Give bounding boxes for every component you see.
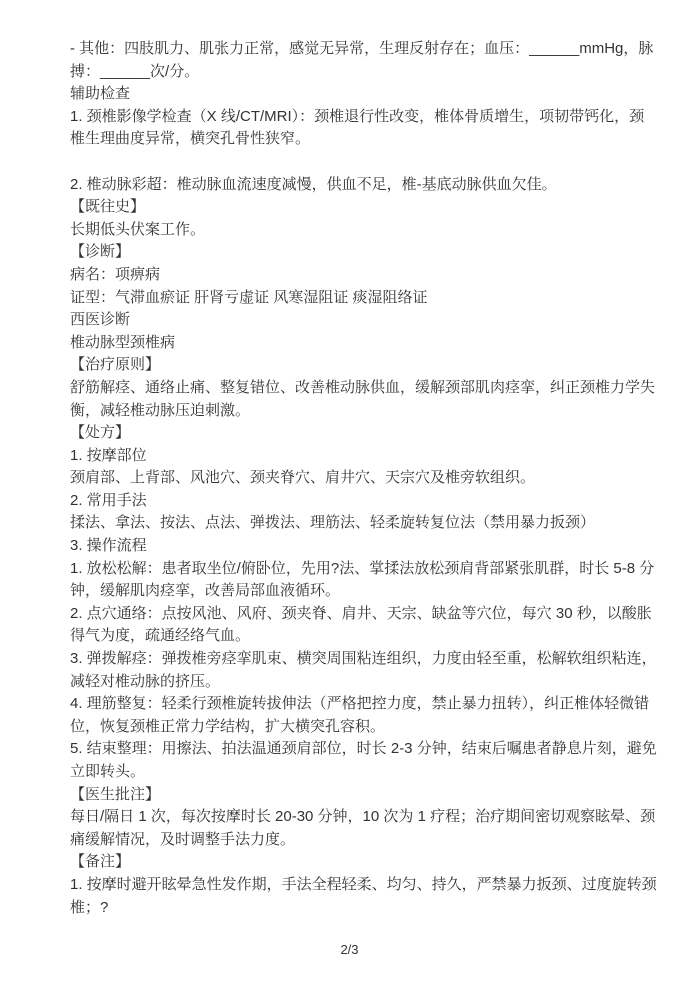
document-text-line: 搏：______次/分。 — [70, 61, 642, 84]
page-number-indicator: 2/3 — [0, 941, 699, 959]
document-text-line: 【诊断】 — [70, 241, 642, 264]
document-text-line: 1. 放松松解：患者取坐位/俯卧位，先用?法、掌揉法放松颈肩背部紧张肌群，时长 … — [70, 558, 642, 581]
document-text-line: 2. 点穴通络：点按风池、风府、颈夹脊、肩井、天宗、缺盆等穴位，每穴 30 秒，… — [70, 603, 642, 626]
document-text-line: 揉法、拿法、按法、点法、弹拨法、理筋法、轻柔旋转复位法（禁用暴力扳颈） — [70, 512, 642, 535]
document-text-line: 位，恢复颈椎正常力学结构，扩大横突孔容积。 — [70, 716, 642, 739]
document-text-line: 衡，减轻椎动脉压迫刺激。 — [70, 400, 642, 423]
document-text-line: 椎生理曲度异常，横突孔骨性狭窄。 — [70, 128, 642, 151]
document-text-line: 痛缓解情况，及时调整手法力度。 — [70, 829, 642, 852]
document-body: - 其他：四肢肌力、肌张力正常，感觉无异常，生理反射存在；血压：______mm… — [70, 38, 642, 919]
document-text-line: 西医诊断 — [70, 309, 642, 332]
document-text-line: 1. 按摩时避开眩晕急性发作期，手法全程轻柔、均匀、持久，严禁暴力扳颈、过度旋转… — [70, 874, 642, 897]
document-text-line: 颈肩部、上背部、风池穴、颈夹脊穴、肩井穴、天宗穴及椎旁软组织。 — [70, 467, 642, 490]
document-text-line: 1. 颈椎影像学检查（X 线/CT/MRI）：颈椎退行性改变，椎体骨质增生，项韧… — [70, 106, 642, 129]
blank-line — [70, 151, 642, 174]
document-text-line: 2. 椎动脉彩超：椎动脉血流速度减慢，供血不足，椎-基底动脉供血欠佳。 — [70, 174, 642, 197]
document-text-line: 【备注】 — [70, 851, 642, 874]
document-text-line: 得气为度，疏通经络气血。 — [70, 625, 642, 648]
document-text-line: 椎；? — [70, 897, 642, 920]
document-page: - 其他：四肢肌力、肌张力正常，感觉无异常，生理反射存在；血压：______mm… — [0, 0, 699, 985]
document-text-line: 2. 常用手法 — [70, 490, 642, 513]
document-text-line: 【治疗原则】 — [70, 354, 642, 377]
document-text-line: 3. 操作流程 — [70, 535, 642, 558]
document-text-line: 每日/隔日 1 次，每次按摩时长 20-30 分钟，10 次为 1 疗程；治疗期… — [70, 806, 642, 829]
document-text-line: - 其他：四肢肌力、肌张力正常，感觉无异常，生理反射存在；血压：______mm… — [70, 38, 642, 61]
document-text-line: 【处方】 — [70, 422, 642, 445]
document-text-line: 1. 按摩部位 — [70, 445, 642, 468]
document-text-line: 椎动脉型颈椎病 — [70, 332, 642, 355]
document-text-line: 辅助检查 — [70, 83, 642, 106]
document-text-line: 立即转头。 — [70, 761, 642, 784]
document-text-line: 病名：项痹病 — [70, 264, 642, 287]
document-text-line: 5. 结束整理：用擦法、拍法温通颈肩部位，时长 2-3 分钟，结束后嘱患者静息片… — [70, 738, 642, 761]
document-text-line: 【医生批注】 — [70, 784, 642, 807]
document-text-line: 减轻对椎动脉的挤压。 — [70, 671, 642, 694]
document-text-line: 3. 弹拨解痉：弹拨椎旁痉挛肌束、横突周围粘连组织，力度由轻至重，松解软组织粘连… — [70, 648, 642, 671]
document-text-line: 4. 理筋整复：轻柔行颈椎旋转拔伸法（严格把控力度，禁止暴力扭转），纠正椎体轻微… — [70, 693, 642, 716]
document-text-line: 证型：气滞血瘀证 肝肾亏虚证 风寒湿阻证 痰湿阻络证 — [70, 287, 642, 310]
document-text-line: 长期低头伏案工作。 — [70, 219, 642, 242]
document-text-line: 【既往史】 — [70, 196, 642, 219]
document-text-line: 舒筋解痉、通络止痛、整复错位、改善椎动脉供血，缓解颈部肌肉痉挛，纠正颈椎力学失 — [70, 377, 642, 400]
document-text-line: 钟，缓解肌肉痉挛，改善局部血液循环。 — [70, 580, 642, 603]
